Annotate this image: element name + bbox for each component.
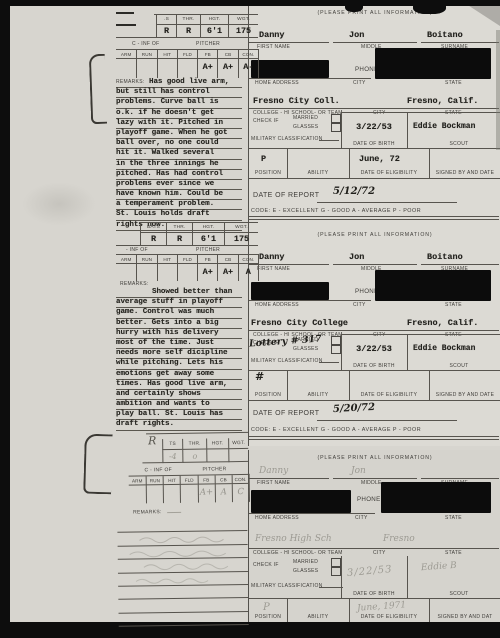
remarks-line: emotions get away some [116,370,242,380]
fld-header: FLD [177,255,197,264]
arm-header: ARM [129,476,146,485]
run-grade [146,485,163,503]
rule [249,108,499,109]
form3-glasses-checkbox [331,567,341,576]
remarks-line: ball over, no one could [116,139,242,149]
form1-home-address-label: HOME ADDRESS [255,80,299,86]
run-header: RUN [136,50,156,59]
remarks-line: needs more self dicipline [116,349,242,359]
bats-header: TS [162,439,182,450]
form1-glasses-label: GLASSES [293,124,318,130]
form1-state-label: STATE [445,80,462,86]
rule [249,478,329,479]
throws-header: THR. [166,222,192,233]
form1-report-date-value: 5/12/72 [333,186,375,197]
form3-grades-table: ARM RUN HIT FLD FB CB CON. A+ A C [129,474,250,504]
form1-military-label: MILITARY CLASSIFICATION [251,136,323,142]
bats-header: BATS [140,222,166,233]
rule [249,439,499,440]
blank-cell [116,25,156,38]
remarks-line: hit it. Walked several [116,149,242,159]
form1-phone-redaction [375,48,491,79]
form2-eligibility-label: DATE OF ELIGIBILITY [349,392,429,398]
form1-signed-label: SIGNED BY AND DATE [429,170,500,176]
fb-header: FB [197,50,217,59]
rule [249,330,499,331]
form3-right-section: (PLEASE PRINT ALL INFORMATION) Danny Jon… [248,450,500,622]
cb-grade: A+ [217,264,237,281]
pencil-scribble [137,533,237,544]
form1-left-section: .S THR. HGT. WGT. R R 6'1 175 C - INF OF… [116,10,258,220]
rule [249,436,499,437]
pencil-scribble [134,574,224,585]
fld-header: FLD [180,476,197,485]
form1-position-value: P [261,154,266,164]
arm-header: ARM [116,50,136,59]
form3-first-name-value: Danny [259,466,288,476]
form1-city-label: CITY [353,80,366,86]
form2-phone-redaction [375,270,491,301]
con-header: CON. [231,475,248,484]
throws-header: THR. [176,14,200,25]
paper-smudge [22,182,96,226]
form3-pitcher-label: PITCHER [202,466,226,472]
form3-signed-label: SIGNED BY AND DAT [429,614,500,620]
form2-military-label: MILITARY CLASSIFICATION [251,358,323,364]
form2-right-section: (PLEASE PRINT ALL INFORMATION) Danny Jon… [248,224,500,446]
form2-dob-value: 3/22/53 [341,344,407,354]
form3-dob-label: DATE OF BIRTH [341,591,407,597]
weight-value: 175 [228,25,258,38]
form3-ability-label: ABILITY [287,614,349,620]
form1-college-city-label: CITY [373,110,386,116]
form1-right-section: (PLEASE PRINT ALL INFORMATION) Danny Jon… [248,2,500,224]
rule [249,42,329,43]
form2-left-section: BATS THR. HGT. WGT. R R 6'1 175 - INF OF… [116,222,258,427]
form1-stats-table: .S THR. HGT. WGT. R R 6'1 175 [116,14,258,38]
form2-grades-table: ARM RUN HIT FLD FB CB CON. A+ A+ A [116,254,259,281]
height-header: HGT. [206,438,228,449]
remarks-line: a temperament problem. [116,200,242,210]
form2-first-name-value: Danny [259,252,285,262]
form3-position-value: P [263,602,270,613]
form3-glasses-label: GLASSES [293,568,318,574]
remarks-line: St. Louis holds draft [116,210,242,220]
height-value: 6'1 [200,25,228,38]
con-grade: C [232,484,249,502]
form3-college-label: COLLEGE - HI SCHOOL- OR TEAM [253,550,343,556]
scan-edge-shadow [496,30,500,150]
rule [249,400,500,401]
form1-college-state-label: STATE [445,110,462,116]
form2-middle-name-value: Jon [349,252,364,262]
handwritten-bracket [89,54,107,125]
scan-border-bottom [0,622,500,638]
form3-remarks-label: REMARKS: [133,509,162,515]
run-grade [136,264,156,281]
form3-military-label: MILITARY CLASSIFICATION [251,583,323,589]
remarks-line: game. Control was much [116,308,242,318]
height-value: 6'1 [192,233,224,246]
form2-glasses-checkbox [331,345,341,354]
form1-home-address-redaction [251,60,329,78]
weight-header: WGT. [228,14,258,25]
bats-value: R [140,233,166,246]
hit-grade [157,59,177,78]
form3-phone-redaction [381,482,491,513]
form2-home-address-label: HOME ADDRESS [255,302,299,308]
remarks-line: lazy with it. Pitched in [116,119,242,129]
rule [319,140,339,141]
weight-value: 175 [224,233,258,246]
remarks-line: draft rights. [116,420,242,430]
blank-cell [206,449,228,462]
form3-first-name-label: FIRST NAME [257,480,290,486]
form3-state-label: STATE [445,515,462,521]
form2-home-address-redaction [251,282,329,300]
remarks-line: problems ever since we [116,180,242,190]
rule [333,478,417,479]
rule [249,513,375,514]
hit-grade [157,264,177,281]
form2-glasses-label: GLASSES [293,346,318,352]
form1-class-label: C - INF OF [132,41,159,47]
form3-married-label: MARRIED [293,559,318,565]
form2-college-city-label: CITY [373,332,386,338]
con-grade: A [238,264,258,281]
form2-dob-label: DATE OF BIRTH [341,363,407,369]
form2-scout-value: Eddie Bockman [413,344,475,353]
form1-eligibility-label: DATE OF ELIGIBILITY [349,170,429,176]
form1-ability-label: ABILITY [287,170,349,176]
fb-header: FB [197,255,217,264]
rule [407,112,408,148]
blank-cell [142,450,162,463]
arm-grade [116,264,136,281]
form3-college-state-label: STATE [445,550,462,556]
rule [249,264,329,265]
blank-cell [228,449,248,462]
rule [341,334,500,335]
run-header: RUN [136,255,156,264]
form2-city-label: CITY [353,302,366,308]
fb-grade: A+ [197,484,214,502]
remarks-line: better. Gets into a big [116,319,242,329]
rule [407,334,408,370]
form2-college-value: Fresno City College [251,318,348,328]
form1-grades-table: ARM RUN HIT FLD FB CB CON. A+ A+ A- [116,49,259,78]
arm-grade [116,59,136,78]
form2-pitcher-label: PITCHER [196,247,220,253]
form1-first-name-label: FIRST NAME [257,44,290,50]
form2-code-line: CODE: E - EXCELLENT G - GOOD A - AVERAGE… [251,427,421,433]
arm-header: ARM [116,255,136,264]
rule [249,178,500,179]
remarks-line: have known him. Could be [116,190,242,200]
form1-college-value: Fresno City Coll. [253,96,340,106]
throws-value: R [176,25,200,38]
form2-stats-table: BATS THR. HGT. WGT. R R 6'1 175 [116,222,258,246]
rule [333,264,417,265]
remarks-line: o.k. if he doesn't get [116,109,242,119]
rule [421,264,499,265]
form3-position-label: POSITION [249,614,287,620]
rule [249,548,499,549]
form1-dob-value: 3/22/53 [341,122,407,132]
rule [249,300,371,301]
remarks-line: average stuff in playoff [116,298,242,308]
pencil-scribble: -4 [162,450,182,463]
remarks-line: hurry with his delivery [116,329,242,339]
bats-header: .S [156,14,176,25]
form3-scout-label: SCOUT [429,591,489,597]
form3-college-city-value: Fresno [383,534,415,544]
hit-grade [163,485,180,503]
fld-grade [180,485,197,503]
remarks-line: most of the time. Just [116,339,242,349]
remarks-line [119,612,249,627]
form1-scout-value: Eddie Bockman [413,122,475,131]
con-grade: A- [238,59,258,78]
rule [319,587,343,588]
bats-value: R [156,25,176,38]
run-grade [136,59,156,78]
form2-class-label: - INF OF [126,247,148,253]
form3-home-address-redaction [251,490,351,513]
hit-header: HIT [157,255,177,264]
cb-header: CB [214,475,231,484]
height-header: HGT. [192,222,224,233]
throws-header: THR. [182,439,206,450]
form2-college-city-value: Fresno, Calif. [407,318,478,328]
remarks-line: problems. Curve ball is [116,98,242,108]
fb-grade: A+ [197,264,217,281]
form2-remarks: Showed better than average stuff in play… [116,288,242,431]
form2-surname-value: Boitano [427,252,463,262]
form2-state-label: STATE [445,302,462,308]
pencil-scribble [128,547,238,559]
form1-remarks-label: REMARKS: [116,79,145,85]
blank-cell [142,439,162,450]
rule [317,202,457,203]
con-header: CON. [238,255,258,264]
fld-grade [177,59,197,78]
form1-middle-name-value: Jon [349,30,364,40]
form1-married-label: MARRIED [293,115,318,121]
form2-married-checkbox [331,336,341,345]
arm-grade [129,485,146,503]
cb-grade: A [214,484,231,502]
form2-ability-label: ABILITY [287,392,349,398]
scanned-scouting-report-page: (PLEASE PRINT ALL INFORMATION) Danny Jon… [0,0,500,638]
blank-cell [116,233,140,246]
remarks-line: playoff game. When he got [116,129,242,139]
blank-cell [116,14,156,25]
rule [249,216,499,217]
height-header: HGT. [200,14,228,25]
form3-middle-name-value: Jon [351,466,366,476]
form1-eligibility-value: June, 72 [359,154,400,164]
form3-eligibility-label: DATE OF ELIGIBILITY [349,614,429,620]
remarks-line: but still has control [116,88,242,98]
form3-stats-table: TS THR. HGT. WGT. -4 o [142,438,248,463]
rule [317,420,457,421]
pencil-scribble: o [182,450,206,463]
form2-scout-label: SCOUT [429,363,489,369]
run-header: RUN [146,476,163,485]
rule [421,478,499,479]
con-header: CON. [238,50,258,59]
form3-college-city-label: CITY [373,550,386,556]
weight-header: WGT. [224,222,258,233]
form2-college-state-label: STATE [445,332,462,338]
form2-first-name-label: FIRST NAME [257,266,290,272]
form1-dob-label: DATE OF BIRTH [341,141,407,147]
form1-report-label: DATE OF REPORT [253,192,319,199]
form3-home-address-label: HOME ADDRESS [255,515,299,521]
form3-left-section: R TS THR. HGT. WGT. -4 o C - INF OF PITC… [100,430,253,624]
remarks-line: while pitching. Lets his [116,359,242,369]
form3-dob-value: 3/22/53 [347,564,393,579]
rule [421,42,499,43]
form1-code-line: CODE: E - EXCELLENT G - GOOD A - AVERAGE… [251,208,421,214]
form3-scout-value: Eddie B [421,561,457,573]
pencil-scribble [142,560,242,571]
form2-remarks-label: REMARKS: [120,281,149,287]
form3-class-label: C - INF OF [144,467,172,473]
remarks-line: pitched. Has had control [116,170,242,180]
cb-grade: A+ [217,59,237,78]
form2-signed-label: SIGNED BY AND DATE [429,392,500,398]
fld-grade [177,264,197,281]
form1-remarks: REMARKS: Has good live arm, but still ha… [116,78,242,231]
form1-first-name-value: Danny [259,30,285,40]
rule [249,78,371,79]
remarks-line: and certainly shows [116,390,242,400]
form1-pitcher-label: PITCHER [196,41,220,47]
form1-scout-label: SCOUT [429,141,489,147]
scan-blob [413,0,446,14]
form3-eligibility-value: June, 1971 [357,600,407,613]
form2-report-date-value: 5/20/72 [333,402,376,415]
weight-header: WGT. [228,438,248,449]
rule [146,432,248,434]
hit-header: HIT [163,476,180,485]
remarks-line: ambition and wants to [116,400,242,410]
rule [249,219,499,220]
form3-remarks [117,518,248,627]
form3-phone-label: PHONE: [357,496,383,503]
form1-married-checkbox [331,114,341,123]
form2-report-label: DATE OF REPORT [253,410,319,417]
rule [407,556,408,598]
form1-surname-value: Boitano [427,30,463,40]
fb-grade: A+ [197,59,217,78]
form1-college-city-value: Fresno, Calif. [407,96,478,106]
rule [333,42,417,43]
scan-blob [345,0,363,12]
remarks-line: play ball. St. Louis has [116,410,242,420]
form3-check-if-label: CHECK IF [253,562,279,568]
remarks-line: Has good live arm, [149,78,229,86]
pencil-scribble [167,512,181,513]
remarks-line: in the three innings he [116,160,242,170]
form1-glasses-checkbox [331,123,341,132]
remarks-line: times. Has good live arm, [116,380,242,390]
throws-value: R [166,233,192,246]
form3-married-checkbox [331,558,341,567]
cb-header: CB [217,50,237,59]
form3-print-header: (PLEASE PRINT ALL INFORMATION) [249,455,500,461]
blank-cell [116,222,140,233]
rule [319,362,339,363]
form2-print-header: (PLEASE PRINT ALL INFORMATION) [249,232,500,238]
form3-middle-label: MIDDLE [361,480,382,486]
remarks-line: Showed better than [116,288,242,298]
form3-city-label: CITY [355,515,368,521]
cb-header: CB [217,255,237,264]
form3-college-value: Fresno High Sch [255,534,332,544]
scan-border-left [0,0,10,638]
fld-header: FLD [177,50,197,59]
hit-header: HIT [157,50,177,59]
rule [341,112,500,113]
fb-header: FB [197,475,214,484]
